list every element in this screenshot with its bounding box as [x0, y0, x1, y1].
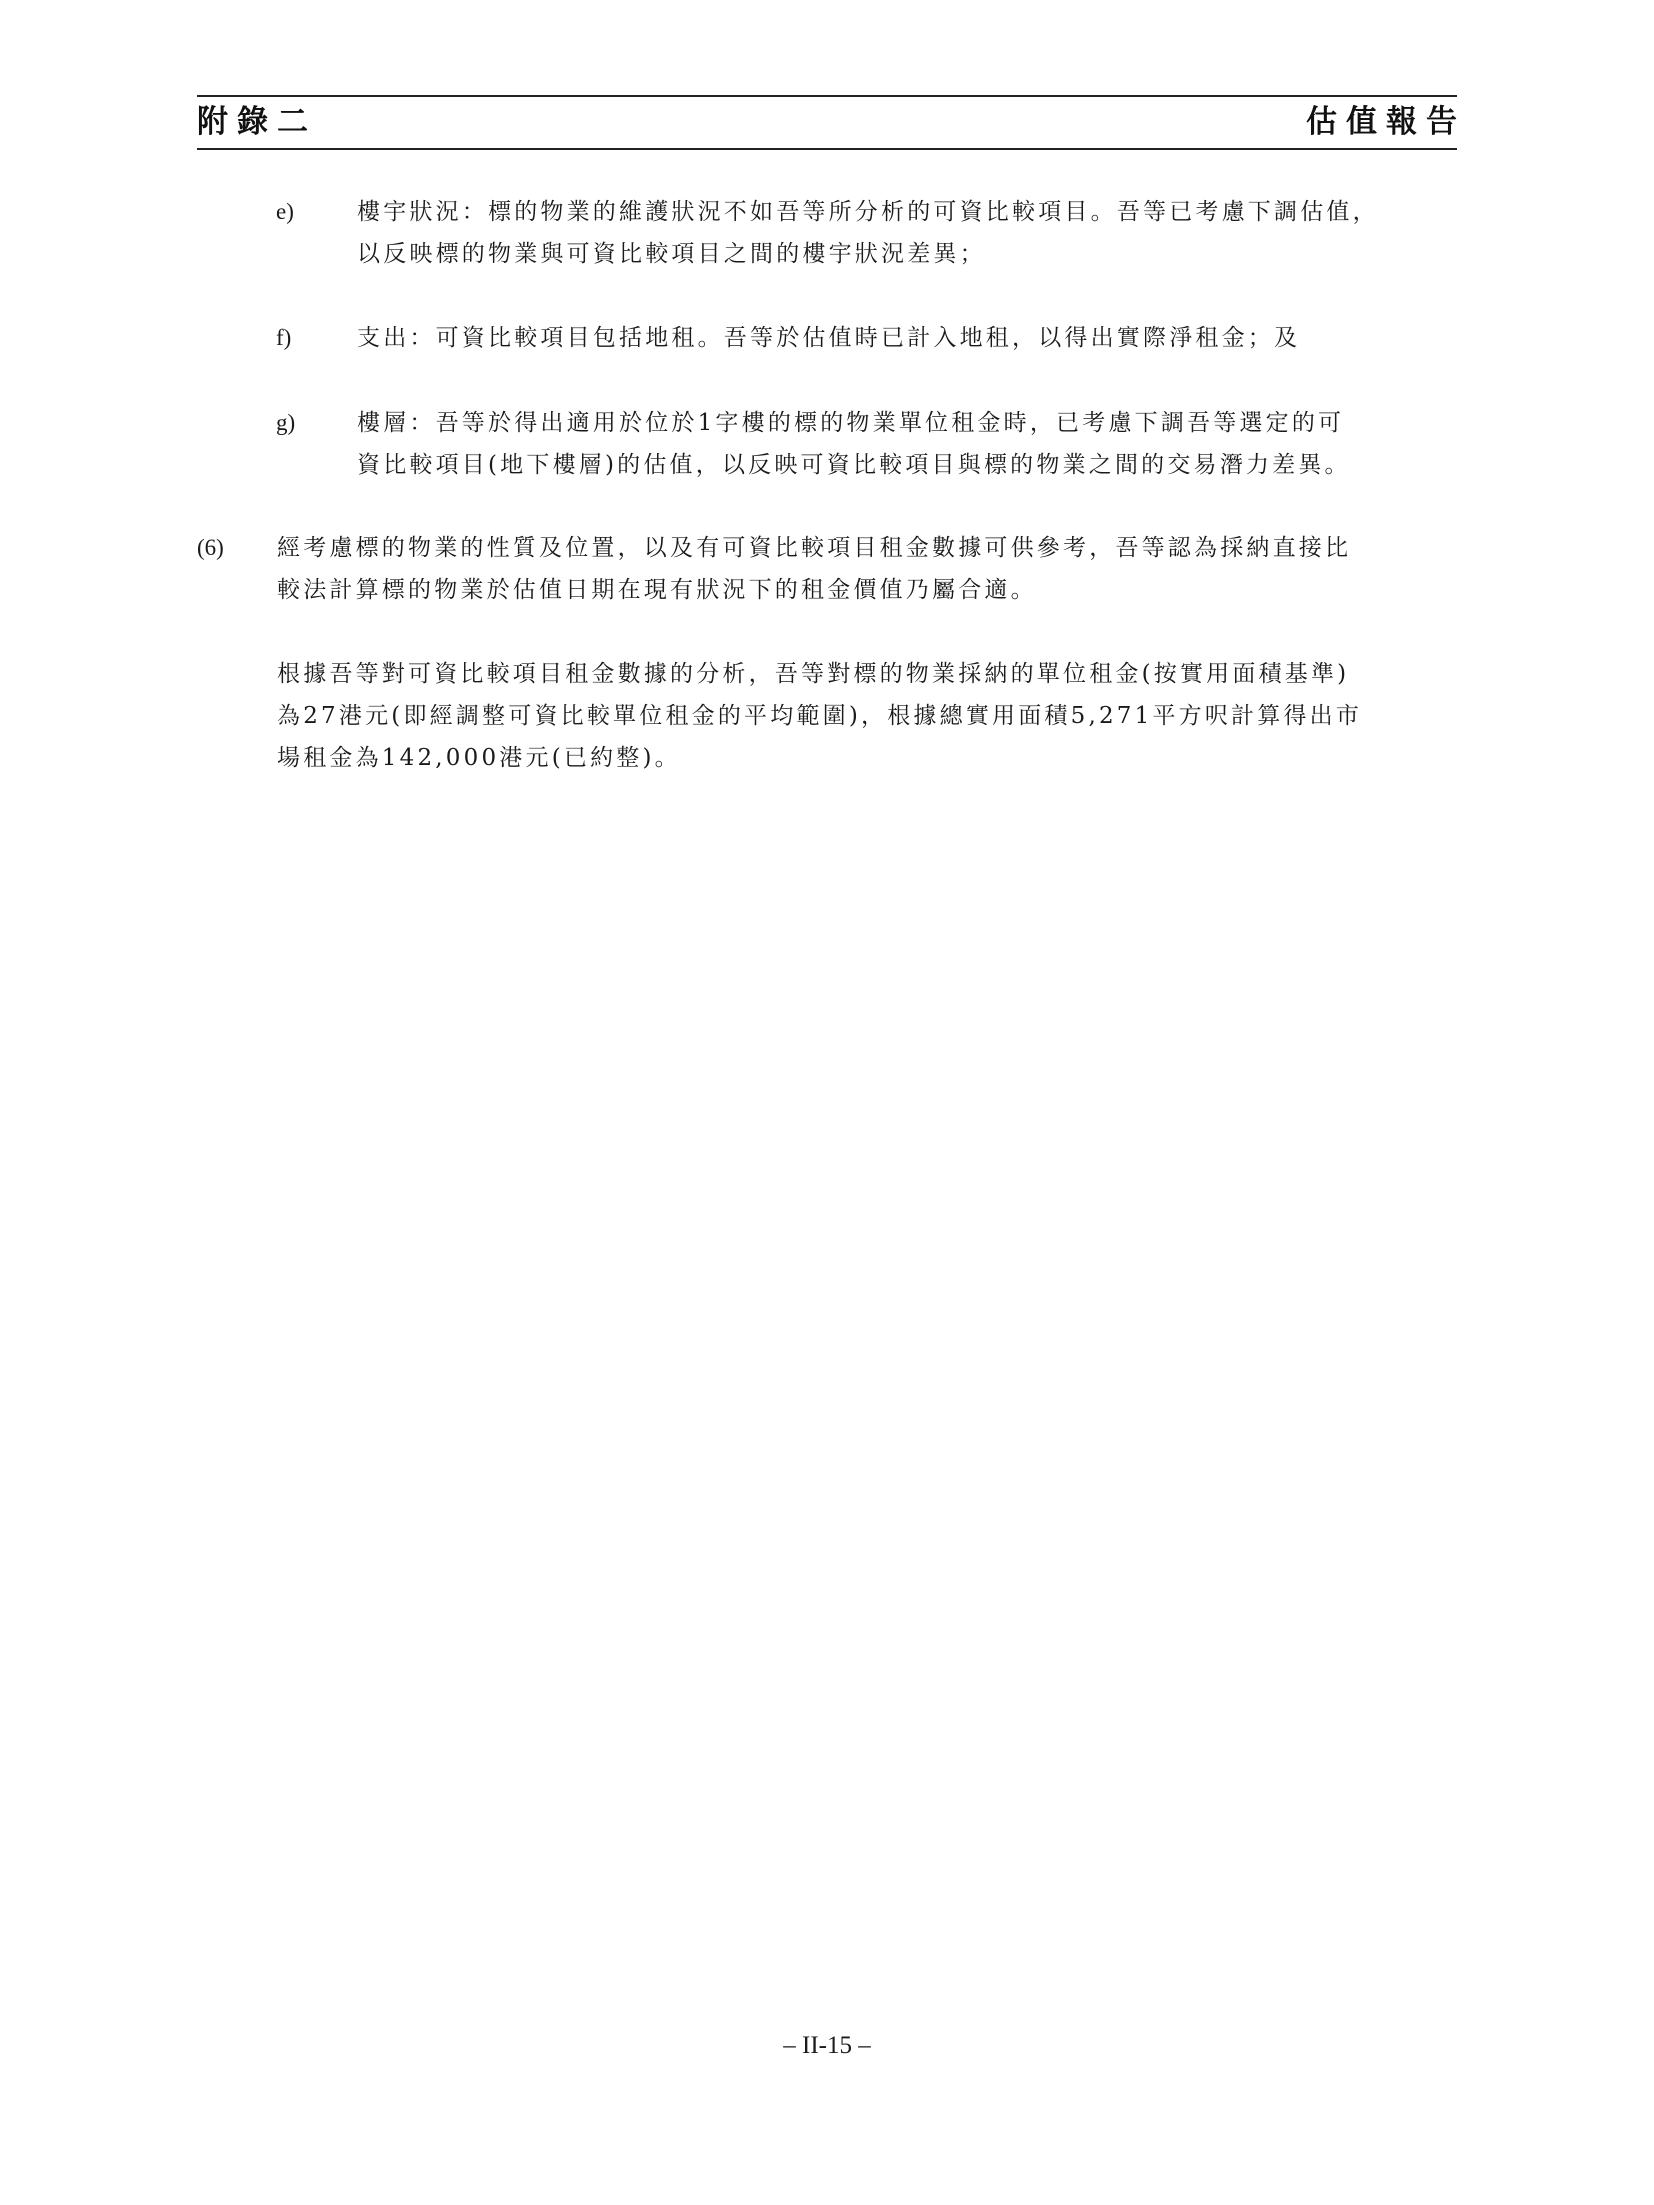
conclusion-paragraph: 根據吾等對可資比較項目租金數據的分析，吾等對標的物業採納的單位租金(按實用面積基…	[277, 653, 1362, 779]
page-number: – II-15 –	[0, 2032, 1654, 2060]
text-line: 為27港元(即經調整可資比較單位租金的平均範圍)，根據總實用面積5,271平方呎…	[277, 695, 1362, 737]
text-line: 經考慮標的物業的性質及位置，以及有可資比較項目租金數據可供參考，吾等認為採納直接…	[277, 527, 1351, 569]
appendix-title: 附錄二	[197, 104, 317, 140]
item-label: g)	[276, 402, 295, 444]
text-line: 支出：可資比較項目包括地租。吾等於估值時已計入地租，以得出實際淨租金；及	[357, 317, 1300, 359]
item-text: 樓宇狀況：標的物業的維護狀況不如吾等所分析的可資比較項目。吾等已考慮下調估值， …	[357, 191, 1379, 275]
section-text: 經考慮標的物業的性質及位置，以及有可資比較項目租金數據可供參考，吾等認為採納直接…	[277, 527, 1351, 611]
text-line: 樓層：吾等於得出適用於位於1字樓的標的物業單位租金時，已考慮下調吾等選定的可	[357, 402, 1351, 444]
text-line: 場租金為142,000港元(已約整)。	[277, 737, 1362, 779]
text-line: 以反映標的物業與可資比較項目之間的樓宇狀況差異；	[357, 233, 1379, 275]
item-text: 支出：可資比較項目包括地租。吾等於估值時已計入地租，以得出實際淨租金；及	[357, 317, 1300, 359]
item-label: e)	[276, 191, 294, 233]
item-text: 樓層：吾等於得出適用於位於1字樓的標的物業單位租金時，已考慮下調吾等選定的可 資…	[357, 402, 1351, 486]
section-title: 估值報告	[1306, 104, 1466, 140]
text-line: 資比較項目(地下樓層)的估值，以反映可資比較項目與標的物業之間的交易潛力差異。	[357, 444, 1351, 486]
item-label: f)	[276, 317, 291, 359]
text-line: 較法計算標的物業於估值日期在現有狀況下的租金價值乃屬合適。	[277, 569, 1351, 611]
section-label: (6)	[197, 527, 224, 569]
page-header: 附錄二 估值報告	[197, 95, 1457, 150]
text-line: 樓宇狀況：標的物業的維護狀況不如吾等所分析的可資比較項目。吾等已考慮下調估值，	[357, 191, 1379, 233]
text-line: 根據吾等對可資比較項目租金數據的分析，吾等對標的物業採納的單位租金(按實用面積基…	[277, 653, 1362, 695]
